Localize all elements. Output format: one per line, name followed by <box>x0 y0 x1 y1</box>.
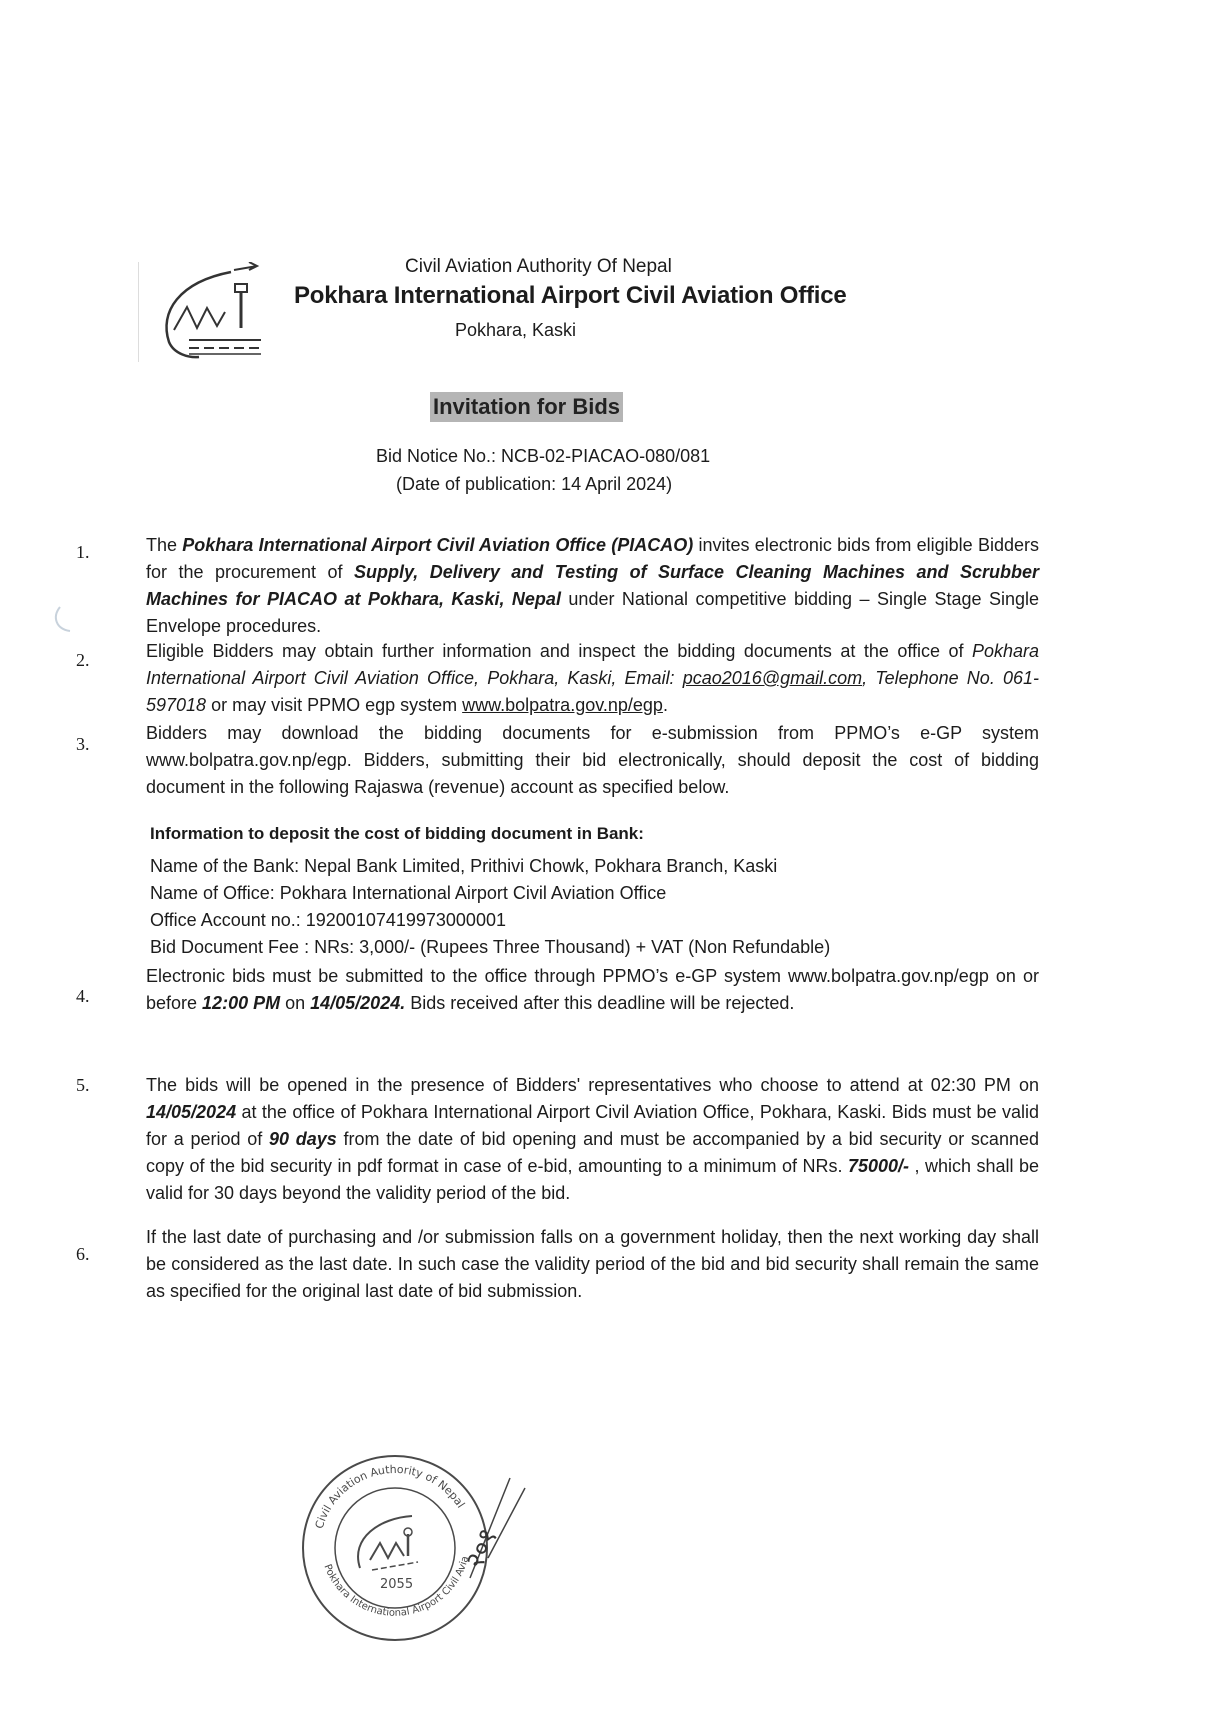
item-number: 4. <box>76 986 90 1007</box>
office-location: Pokhara, Kaski <box>455 320 576 341</box>
item-paragraph: The Pokhara International Airport Civil … <box>146 532 1039 640</box>
official-seal: Civil Aviation Authority of Nepal Pokhar… <box>300 1448 540 1648</box>
item-paragraph: The bids will be opened in the presence … <box>146 1072 1039 1207</box>
item-number: 6. <box>76 1244 90 1265</box>
item-paragraph: Bidders may download the bidding documen… <box>146 720 1039 801</box>
caan-logo-icon <box>138 262 279 362</box>
publication-date: (Date of publication: 14 April 2024) <box>396 474 672 495</box>
item-paragraph: Electronic bids must be submitted to the… <box>146 963 1039 1017</box>
document-title: Invitation for Bids <box>430 392 623 422</box>
bid-fee-line: Bid Document Fee : NRs: 3,000/- (Rupees … <box>150 937 830 958</box>
email-link[interactable]: pcao2016@gmail.com <box>683 668 862 688</box>
item-number: 5. <box>76 1075 90 1096</box>
office-name: Pokhara International Airport Civil Avia… <box>294 282 847 310</box>
office-name-line: Name of Office: Pokhara International Ai… <box>150 883 666 904</box>
item-number: 1. <box>76 542 90 563</box>
bank-name-line: Name of the Bank: Nepal Bank Limited, Pr… <box>150 856 777 877</box>
authority-name: Civil Aviation Authority Of Nepal <box>405 256 672 278</box>
svg-text:2055: 2055 <box>380 1577 413 1592</box>
item-paragraph: Eligible Bidders may obtain further info… <box>146 638 1039 719</box>
item-number: 2. <box>76 650 90 671</box>
bid-notice-number: Bid Notice No.: NCB-02-PIACAO-080/081 <box>376 446 710 467</box>
item-paragraph: If the last date of purchasing and /or s… <box>146 1224 1039 1305</box>
website-link[interactable]: www.bolpatra.gov.np/egp <box>462 695 663 715</box>
account-number-line: Office Account no.: 19200107419973000001 <box>150 910 506 931</box>
scan-artifact <box>50 595 80 635</box>
item-number: 3. <box>76 734 90 755</box>
bank-info-heading: Information to deposit the cost of biddi… <box>150 824 644 844</box>
